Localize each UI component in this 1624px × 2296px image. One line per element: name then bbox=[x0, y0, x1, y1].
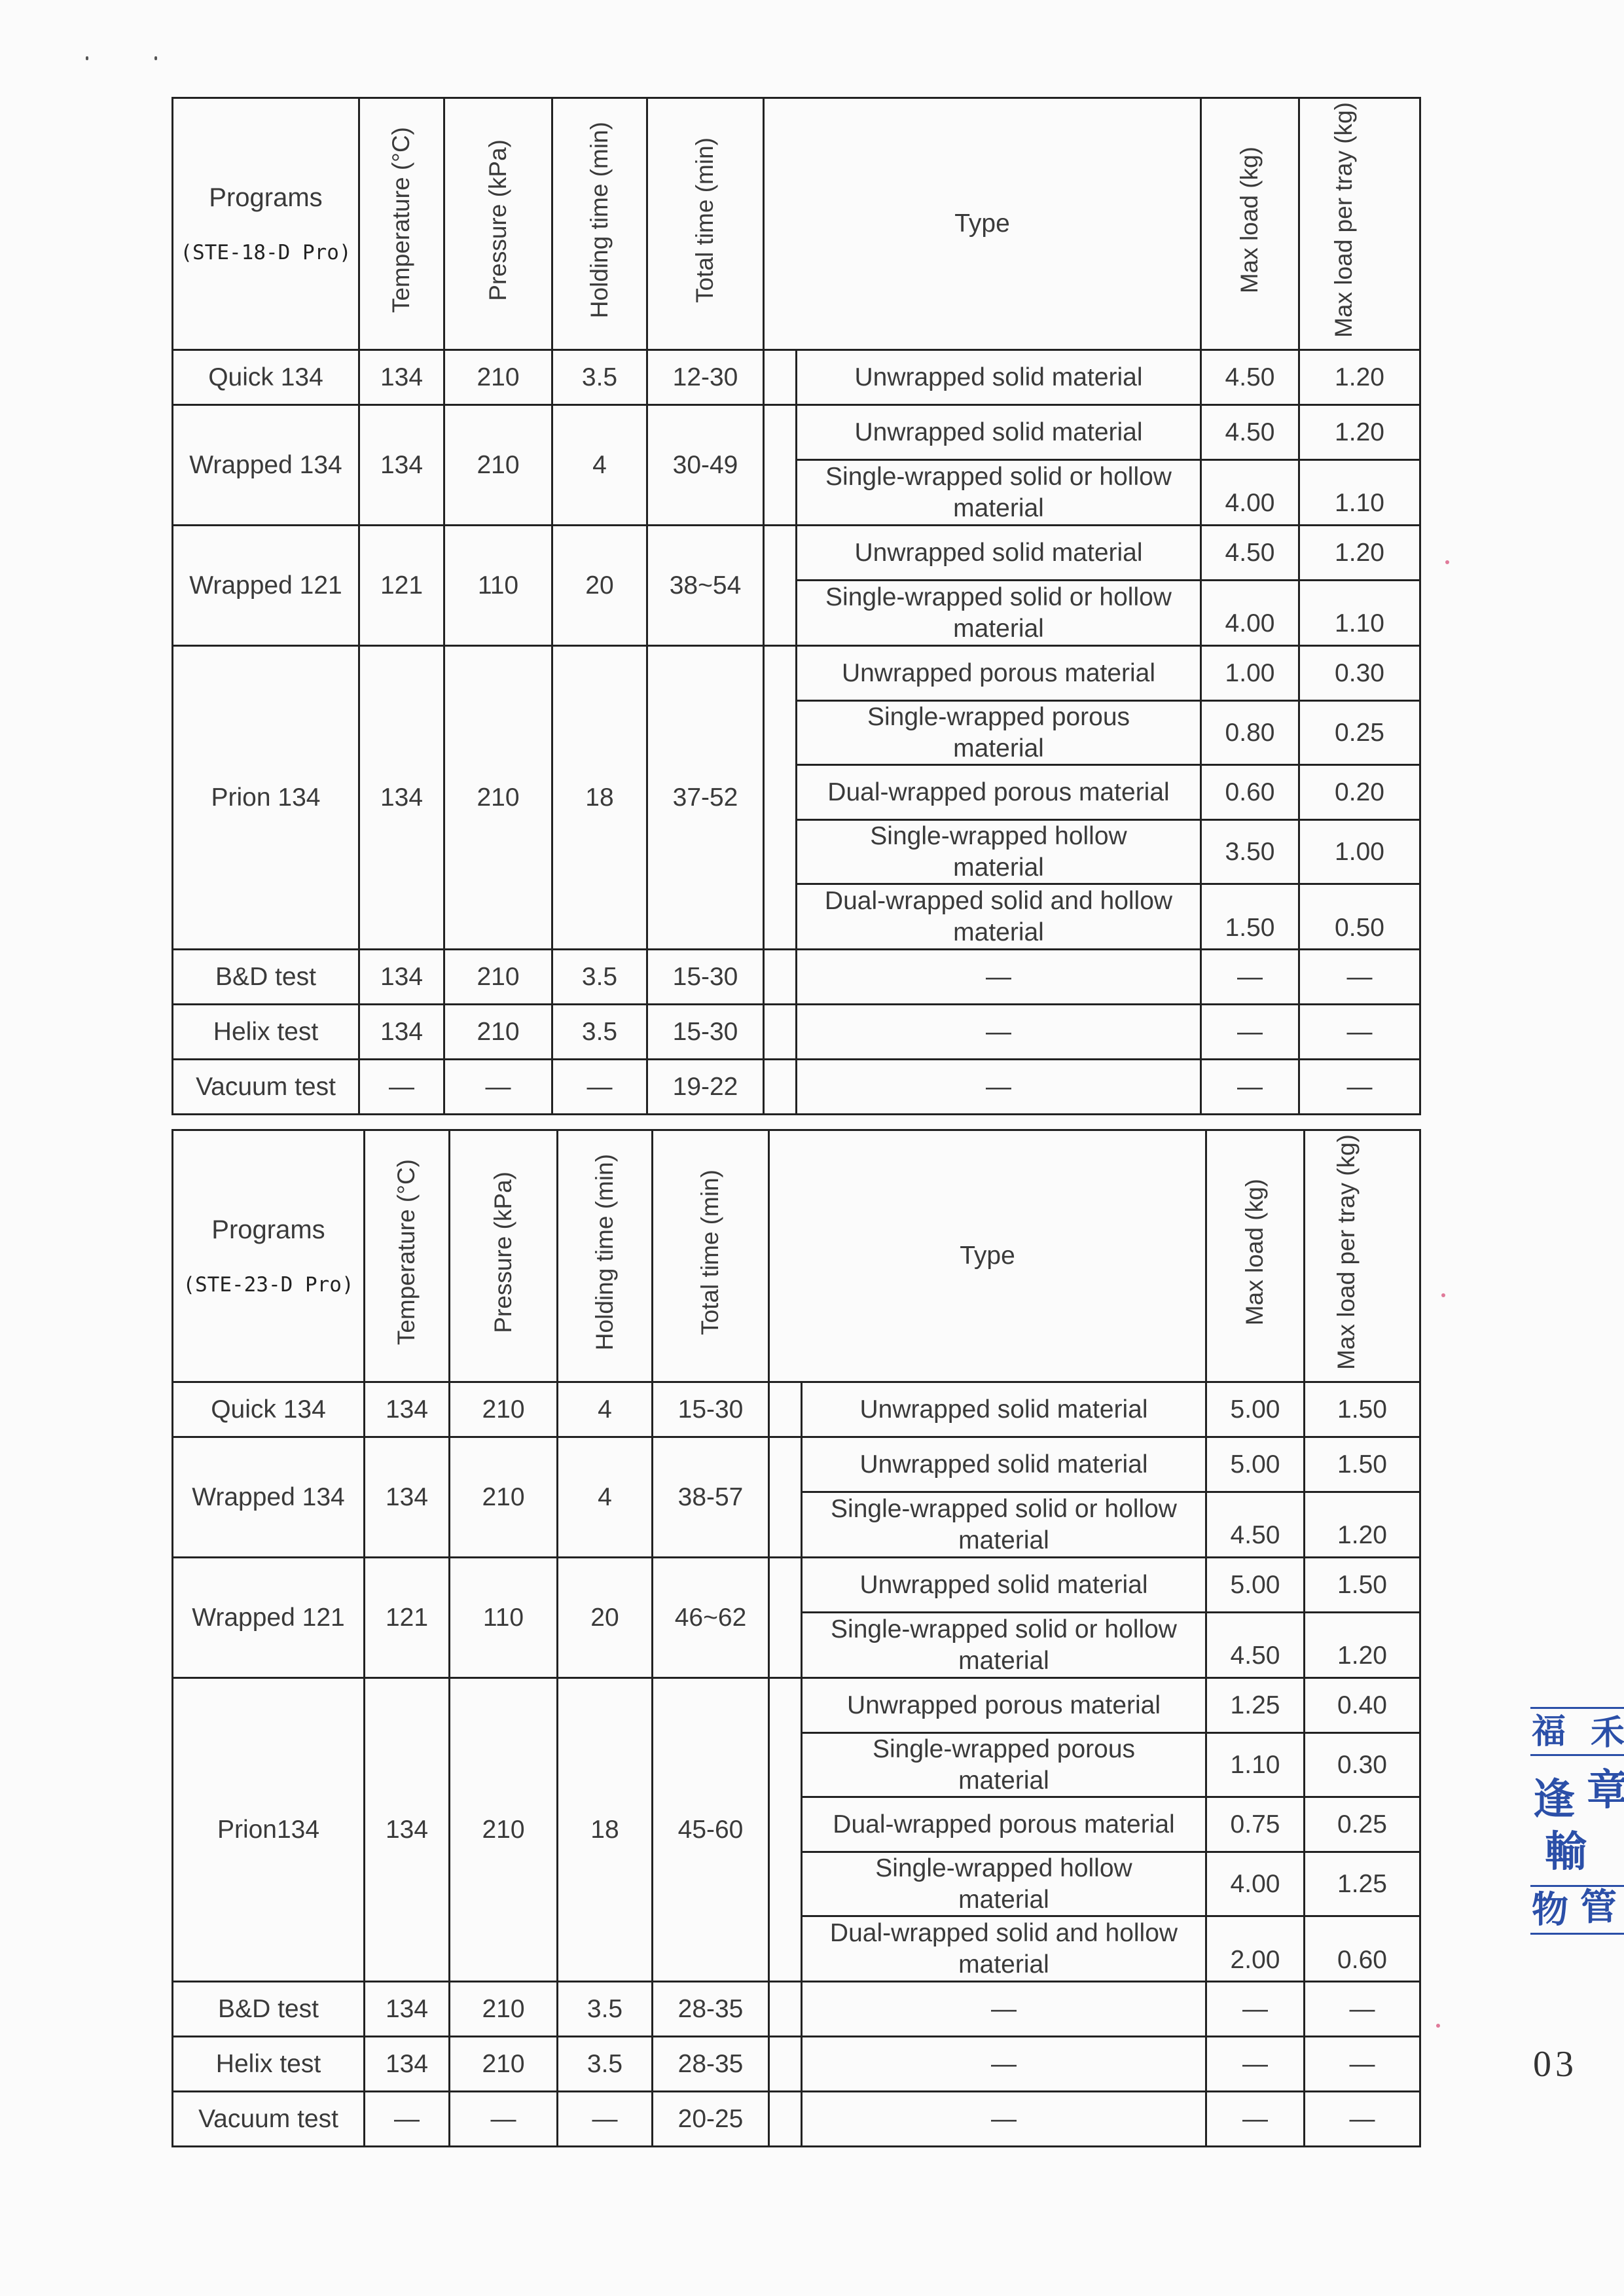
max-load-per-tray-cell: 1.20 bbox=[1299, 405, 1420, 460]
table-row: Helix test1342103.528-35——— bbox=[173, 2037, 1420, 2092]
program-table-ste-18: Programs (STE-18-D Pro) Temperature (°C)… bbox=[171, 97, 1421, 1115]
header-total-time: Total time (min) bbox=[653, 1130, 769, 1382]
max-load-cell: — bbox=[1206, 2092, 1305, 2147]
total-time-cell: 15-30 bbox=[647, 1005, 764, 1060]
max-load-per-tray-cell: 1.50 bbox=[1305, 1558, 1420, 1613]
program-name: Wrapped 134 bbox=[173, 405, 359, 526]
spacer-cell bbox=[764, 405, 797, 526]
spacer-cell bbox=[769, 1558, 802, 1678]
header-max-load-per-tray: Max load per tray (kg) bbox=[1305, 1130, 1420, 1382]
temperature-cell: — bbox=[365, 2092, 450, 2147]
holding-time-cell: 18 bbox=[558, 1678, 653, 1982]
total-time-cell: 38~54 bbox=[647, 526, 764, 646]
page-number: 03 bbox=[1533, 2043, 1578, 2085]
holding-time-cell: 4 bbox=[558, 1382, 653, 1437]
holding-time-cell: 3.5 bbox=[558, 1982, 653, 2037]
holding-time-cell: 3.5 bbox=[552, 1005, 647, 1060]
max-load-cell: 1.10 bbox=[1206, 1733, 1305, 1797]
total-time-cell: 45-60 bbox=[653, 1678, 769, 1982]
max-load-cell: — bbox=[1206, 2037, 1305, 2092]
load-type-cell: Unwrapped solid material bbox=[802, 1558, 1206, 1613]
pressure-cell: 210 bbox=[444, 350, 552, 405]
total-time-cell: 28-35 bbox=[653, 2037, 769, 2092]
load-type-cell: — bbox=[802, 2037, 1206, 2092]
max-load-cell: 0.60 bbox=[1201, 765, 1299, 820]
pressure-cell: — bbox=[450, 2092, 558, 2147]
max-load-per-tray-cell: 0.25 bbox=[1305, 1797, 1420, 1852]
max-load-per-tray-cell: 0.60 bbox=[1305, 1916, 1420, 1982]
max-load-cell: 5.00 bbox=[1206, 1558, 1305, 1613]
load-type-cell: Unwrapped solid material bbox=[802, 1382, 1206, 1437]
holding-time-cell: — bbox=[552, 1060, 647, 1115]
max-load-cell: 4.50 bbox=[1206, 1492, 1305, 1558]
header-max-load-per-tray: Max load per tray (kg) bbox=[1299, 98, 1420, 350]
model-label: (STE-23-D Pro) bbox=[173, 1273, 363, 1298]
header-total-time: Total time (min) bbox=[647, 98, 764, 350]
header-type: Type bbox=[769, 1130, 1206, 1382]
load-type-cell: Single-wrapped porous material bbox=[802, 1733, 1206, 1797]
table-row: Helix test1342103.515-30——— bbox=[173, 1005, 1420, 1060]
temperature-cell: 134 bbox=[359, 950, 444, 1005]
scan-speck bbox=[1436, 2024, 1440, 2028]
load-type-cell: — bbox=[797, 1005, 1201, 1060]
holding-time-cell: 3.5 bbox=[552, 950, 647, 1005]
max-load-cell: 5.00 bbox=[1206, 1437, 1305, 1492]
total-time-cell: 20-25 bbox=[653, 2092, 769, 2147]
max-load-cell: 1.25 bbox=[1206, 1678, 1305, 1733]
spacer-cell bbox=[769, 1437, 802, 1558]
table-body: Quick 134134210415-30Unwrapped solid mat… bbox=[173, 1382, 1420, 2147]
holding-time-cell: 3.5 bbox=[552, 350, 647, 405]
pressure-cell: 210 bbox=[444, 646, 552, 950]
max-load-per-tray-cell: — bbox=[1299, 1060, 1420, 1115]
header-holding-time: Holding time (min) bbox=[558, 1130, 653, 1382]
program-name: Prion 134 bbox=[173, 646, 359, 950]
load-type-cell: Unwrapped porous material bbox=[797, 646, 1201, 701]
max-load-per-tray-cell: 1.00 bbox=[1299, 820, 1420, 884]
holding-time-cell: 18 bbox=[552, 646, 647, 950]
program-name: Helix test bbox=[173, 2037, 365, 2092]
spacer-cell bbox=[764, 950, 797, 1005]
total-time-cell: 15-30 bbox=[653, 1382, 769, 1437]
header-programs: Programs (STE-23-D Pro) bbox=[173, 1130, 365, 1382]
max-load-cell: — bbox=[1201, 950, 1299, 1005]
holding-time-cell: — bbox=[558, 2092, 653, 2147]
max-load-per-tray-cell: 1.20 bbox=[1305, 1492, 1420, 1558]
max-load-per-tray-cell: 1.25 bbox=[1305, 1852, 1420, 1916]
table-body: Quick 1341342103.512-30Unwrapped solid m… bbox=[173, 350, 1420, 1115]
holding-time-cell: 3.5 bbox=[558, 2037, 653, 2092]
holding-time-cell: 20 bbox=[558, 1558, 653, 1678]
temperature-cell: 134 bbox=[359, 646, 444, 950]
spacer-cell bbox=[769, 2092, 802, 2147]
spacer-cell bbox=[769, 1982, 802, 2037]
load-type-cell: Unwrapped solid material bbox=[797, 350, 1201, 405]
table-row: Vacuum test———19-22——— bbox=[173, 1060, 1420, 1115]
pressure-cell: 110 bbox=[450, 1558, 558, 1678]
temperature-cell: 134 bbox=[359, 1005, 444, 1060]
pressure-cell: 210 bbox=[450, 2037, 558, 2092]
header-max-load: Max load (kg) bbox=[1206, 1130, 1305, 1382]
load-type-cell: — bbox=[797, 950, 1201, 1005]
official-seal-stamp: 福 禾 逢 章 輸 物 管 bbox=[1530, 1707, 1624, 1956]
max-load-cell: 4.00 bbox=[1201, 460, 1299, 526]
total-time-cell: 37-52 bbox=[647, 646, 764, 950]
max-load-per-tray-cell: 1.10 bbox=[1299, 460, 1420, 526]
pressure-cell: 210 bbox=[444, 405, 552, 526]
load-type-cell: Single-wrapped porous material bbox=[797, 701, 1201, 765]
temperature-cell: 134 bbox=[365, 1678, 450, 1982]
max-load-per-tray-cell: 0.40 bbox=[1305, 1678, 1420, 1733]
header-temperature: Temperature (°C) bbox=[359, 98, 444, 350]
total-time-cell: 12-30 bbox=[647, 350, 764, 405]
pressure-cell: 210 bbox=[444, 950, 552, 1005]
load-type-cell: Dual-wrapped porous material bbox=[797, 765, 1201, 820]
spacer-cell bbox=[764, 526, 797, 646]
program-name: B&D test bbox=[173, 950, 359, 1005]
load-type-cell: Single-wrapped solid or hollow material bbox=[797, 460, 1201, 526]
max-load-cell: 4.50 bbox=[1201, 405, 1299, 460]
max-load-per-tray-cell: 0.30 bbox=[1299, 646, 1420, 701]
max-load-cell: — bbox=[1201, 1060, 1299, 1115]
max-load-cell: 4.00 bbox=[1206, 1852, 1305, 1916]
max-load-cell: 5.00 bbox=[1206, 1382, 1305, 1437]
holding-time-cell: 4 bbox=[558, 1437, 653, 1558]
program-name: B&D test bbox=[173, 1982, 365, 2037]
temperature-cell: 134 bbox=[365, 1382, 450, 1437]
max-load-cell: 2.00 bbox=[1206, 1916, 1305, 1982]
program-name: Wrapped 121 bbox=[173, 526, 359, 646]
max-load-cell: 4.50 bbox=[1206, 1613, 1305, 1678]
temperature-cell: 134 bbox=[359, 350, 444, 405]
load-type-cell: Single-wrapped solid or hollow material bbox=[802, 1613, 1206, 1678]
table-row: Vacuum test———20-25——— bbox=[173, 2092, 1420, 2147]
max-load-per-tray-cell: 1.20 bbox=[1299, 526, 1420, 581]
max-load-per-tray-cell: 0.30 bbox=[1305, 1733, 1420, 1797]
max-load-per-tray-cell: 0.25 bbox=[1299, 701, 1420, 765]
pressure-cell: 110 bbox=[444, 526, 552, 646]
max-load-per-tray-cell: 1.20 bbox=[1299, 350, 1420, 405]
pressure-cell: 210 bbox=[450, 1382, 558, 1437]
load-type-cell: Single-wrapped hollow material bbox=[802, 1852, 1206, 1916]
max-load-per-tray-cell: 1.50 bbox=[1305, 1437, 1420, 1492]
table-row: B&D test1342103.528-35——— bbox=[173, 1982, 1420, 2037]
max-load-cell: 4.00 bbox=[1201, 581, 1299, 646]
load-type-cell: Unwrapped solid material bbox=[797, 405, 1201, 460]
table-row: Prion 1341342101837-52Unwrapped porous m… bbox=[173, 646, 1420, 701]
program-name: Quick 134 bbox=[173, 350, 359, 405]
table-row: Wrapped 1211211102038~54Unwrapped solid … bbox=[173, 526, 1420, 581]
max-load-cell: 1.00 bbox=[1201, 646, 1299, 701]
max-load-per-tray-cell: 0.50 bbox=[1299, 884, 1420, 950]
load-type-cell: — bbox=[802, 1982, 1206, 2037]
spacer-cell bbox=[769, 1382, 802, 1437]
table-row: Quick 134134210415-30Unwrapped solid mat… bbox=[173, 1382, 1420, 1437]
load-type-cell: Unwrapped solid material bbox=[797, 526, 1201, 581]
load-type-cell: Single-wrapped solid or hollow material bbox=[797, 581, 1201, 646]
scan-speck bbox=[86, 56, 88, 60]
load-type-cell: Single-wrapped solid or hollow material bbox=[802, 1492, 1206, 1558]
program-name: Wrapped 134 bbox=[173, 1437, 365, 1558]
load-type-cell: — bbox=[802, 2092, 1206, 2147]
table-row: Wrapped 134134210430-49Unwrapped solid m… bbox=[173, 405, 1420, 460]
max-load-per-tray-cell: 1.20 bbox=[1305, 1613, 1420, 1678]
header-row: Programs (STE-23-D Pro) Temperature (°C)… bbox=[173, 1130, 1420, 1382]
load-type-cell: Unwrapped porous material bbox=[802, 1678, 1206, 1733]
pressure-cell: 210 bbox=[450, 1678, 558, 1982]
max-load-per-tray-cell: — bbox=[1299, 950, 1420, 1005]
max-load-per-tray-cell: — bbox=[1305, 2092, 1420, 2147]
temperature-cell: 121 bbox=[365, 1558, 450, 1678]
pressure-cell: 210 bbox=[444, 1005, 552, 1060]
table-row: Prion1341342101845-60Unwrapped porous ma… bbox=[173, 1678, 1420, 1733]
max-load-cell: 3.50 bbox=[1201, 820, 1299, 884]
spacer-cell bbox=[764, 1005, 797, 1060]
temperature-cell: — bbox=[359, 1060, 444, 1115]
header-programs: Programs (STE-18-D Pro) bbox=[173, 98, 359, 350]
total-time-cell: 19-22 bbox=[647, 1060, 764, 1115]
load-type-cell: Dual-wrapped solid and hollow material bbox=[802, 1916, 1206, 1982]
spacer-cell bbox=[764, 1060, 797, 1115]
model-label: (STE-18-D Pro) bbox=[173, 241, 358, 266]
total-time-cell: 38-57 bbox=[653, 1437, 769, 1558]
load-type-cell: Dual-wrapped solid and hollow material bbox=[797, 884, 1201, 950]
max-load-per-tray-cell: — bbox=[1305, 1982, 1420, 2037]
load-type-cell: Unwrapped solid material bbox=[802, 1437, 1206, 1492]
max-load-per-tray-cell: 1.50 bbox=[1305, 1382, 1420, 1437]
scan-speck bbox=[1445, 560, 1449, 564]
table-row: Wrapped 1211211102046~62Unwrapped solid … bbox=[173, 1558, 1420, 1613]
max-load-cell: — bbox=[1201, 1005, 1299, 1060]
program-name: Wrapped 121 bbox=[173, 1558, 365, 1678]
max-load-per-tray-cell: — bbox=[1299, 1005, 1420, 1060]
spacer-cell bbox=[769, 2037, 802, 2092]
program-name: Quick 134 bbox=[173, 1382, 365, 1437]
temperature-cell: 134 bbox=[365, 1437, 450, 1558]
table-row: Wrapped 134134210438-57Unwrapped solid m… bbox=[173, 1437, 1420, 1492]
scan-speck bbox=[1441, 1293, 1445, 1297]
spacer-cell bbox=[764, 646, 797, 950]
program-name: Vacuum test bbox=[173, 1060, 359, 1115]
temperature-cell: 134 bbox=[365, 1982, 450, 2037]
table-row: Quick 1341342103.512-30Unwrapped solid m… bbox=[173, 350, 1420, 405]
table-row: B&D test1342103.515-30——— bbox=[173, 950, 1420, 1005]
program-name: Vacuum test bbox=[173, 2092, 365, 2147]
temperature-cell: 134 bbox=[365, 2037, 450, 2092]
load-type-cell: — bbox=[797, 1060, 1201, 1115]
max-load-per-tray-cell: — bbox=[1305, 2037, 1420, 2092]
holding-time-cell: 4 bbox=[552, 405, 647, 526]
total-time-cell: 46~62 bbox=[653, 1558, 769, 1678]
max-load-cell: 0.80 bbox=[1201, 701, 1299, 765]
max-load-cell: — bbox=[1206, 1982, 1305, 2037]
scan-speck bbox=[154, 56, 157, 60]
holding-time-cell: 20 bbox=[552, 526, 647, 646]
spacer-cell bbox=[764, 350, 797, 405]
max-load-cell: 4.50 bbox=[1201, 350, 1299, 405]
pressure-cell: 210 bbox=[450, 1982, 558, 2037]
header-max-load: Max load (kg) bbox=[1201, 98, 1299, 350]
header-temperature: Temperature (°C) bbox=[365, 1130, 450, 1382]
header-holding-time: Holding time (min) bbox=[552, 98, 647, 350]
max-load-per-tray-cell: 1.10 bbox=[1299, 581, 1420, 646]
max-load-cell: 4.50 bbox=[1201, 526, 1299, 581]
max-load-cell: 1.50 bbox=[1201, 884, 1299, 950]
load-type-cell: Single-wrapped hollow material bbox=[797, 820, 1201, 884]
temperature-cell: 134 bbox=[359, 405, 444, 526]
max-load-per-tray-cell: 0.20 bbox=[1299, 765, 1420, 820]
header-pressure: Pressure (kPa) bbox=[444, 98, 552, 350]
total-time-cell: 28-35 bbox=[653, 1982, 769, 2037]
program-table-ste-23: Programs (STE-23-D Pro) Temperature (°C)… bbox=[171, 1129, 1421, 2147]
temperature-cell: 121 bbox=[359, 526, 444, 646]
program-name: Prion134 bbox=[173, 1678, 365, 1982]
header-pressure: Pressure (kPa) bbox=[450, 1130, 558, 1382]
load-type-cell: Dual-wrapped porous material bbox=[802, 1797, 1206, 1852]
pressure-cell: — bbox=[444, 1060, 552, 1115]
pressure-cell: 210 bbox=[450, 1437, 558, 1558]
total-time-cell: 15-30 bbox=[647, 950, 764, 1005]
program-name: Helix test bbox=[173, 1005, 359, 1060]
spacer-cell bbox=[769, 1678, 802, 1982]
header-type: Type bbox=[764, 98, 1201, 350]
max-load-cell: 0.75 bbox=[1206, 1797, 1305, 1852]
header-row: Programs (STE-18-D Pro) Temperature (°C)… bbox=[173, 98, 1420, 350]
total-time-cell: 30-49 bbox=[647, 405, 764, 526]
